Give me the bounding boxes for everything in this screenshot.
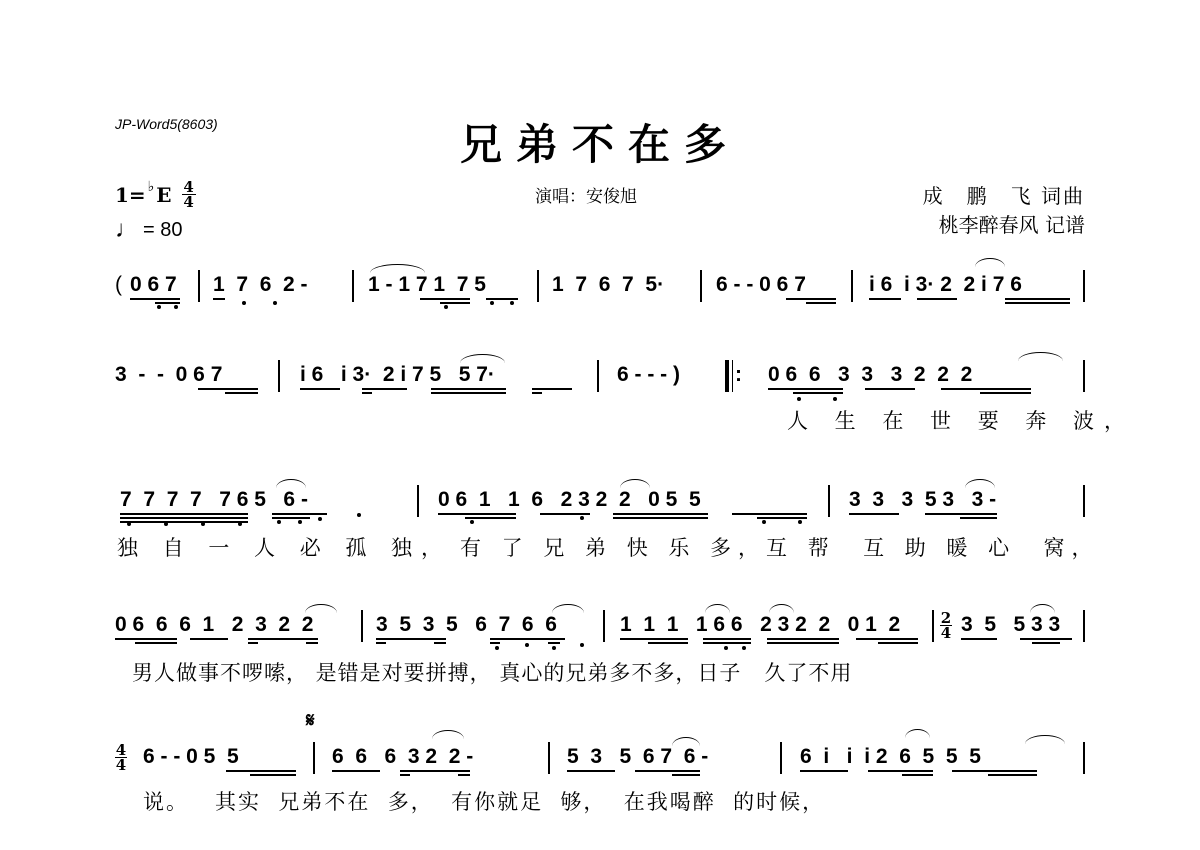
beam	[988, 774, 1037, 776]
bar-line	[1083, 270, 1085, 302]
beam	[540, 513, 590, 515]
beam	[272, 517, 310, 519]
bar-line	[828, 485, 830, 517]
low-octave-dot	[298, 520, 302, 524]
note-group: 1 7 6 7 5·	[552, 273, 664, 297]
bar-line	[1083, 742, 1085, 774]
bar-line	[198, 270, 200, 302]
time-top: 4	[116, 743, 126, 757]
lyrics-line: 人 生 在 世 要 奔 波，	[787, 405, 1135, 435]
beam	[648, 642, 688, 644]
beam	[120, 513, 248, 515]
repeat-start-barline	[725, 360, 729, 392]
beam	[115, 638, 177, 640]
beam	[902, 774, 933, 776]
beam	[613, 513, 708, 515]
low-octave-dot	[164, 522, 168, 526]
slur	[965, 479, 995, 488]
beam	[532, 388, 572, 390]
beam	[1020, 638, 1072, 640]
beam	[120, 517, 248, 519]
tempo-marking: ♩ = 80	[115, 216, 182, 244]
key-note: E	[156, 183, 171, 207]
slur	[975, 258, 1005, 267]
beam	[190, 638, 228, 640]
bar-line	[361, 610, 363, 642]
beam	[865, 388, 915, 390]
note-group: 5 3 5 6 7 6 -	[567, 745, 708, 769]
note-group: 1 - 1 7 1 7 5	[368, 273, 486, 297]
bar-line	[851, 270, 853, 302]
bar-line	[548, 742, 550, 774]
beam	[961, 638, 997, 640]
beam	[376, 638, 446, 640]
time-change-4-4: 4 4	[115, 743, 127, 772]
note-group: 6 i i i 2 6 5 5 5	[800, 745, 981, 769]
note-group: 3 5 5 3 3	[961, 613, 1060, 637]
low-octave-dot	[470, 520, 474, 524]
beam	[635, 770, 700, 772]
note-group: 6 - - - )	[617, 363, 680, 387]
beam	[878, 642, 918, 644]
note-group: i 6 i 3· 2 2 i 7 6	[869, 273, 1022, 297]
beam	[400, 770, 470, 772]
lyrics-line: 独 自 一 人 必 孤 独，	[117, 532, 451, 562]
beam	[786, 298, 836, 300]
beam	[800, 770, 848, 772]
note-group: 6 6 6 3 2 2 -	[332, 745, 473, 769]
beam	[420, 298, 470, 300]
repeat-dots: :	[735, 363, 742, 387]
beam	[135, 642, 177, 644]
segno-icon: 𝄋	[306, 710, 315, 733]
low-octave-dot	[174, 305, 178, 309]
low-octave-dot	[552, 646, 556, 650]
note-group: 6 - - 0 6 7	[716, 273, 806, 297]
time-change-2-4: 2 4	[940, 611, 952, 640]
beam	[465, 517, 516, 519]
tempo-value: = 80	[143, 219, 182, 242]
low-octave-dot	[201, 522, 205, 526]
bar-line	[932, 610, 934, 642]
note-group: 0 6 6 3 3 3 2 2 2	[768, 363, 972, 387]
slur	[905, 729, 930, 738]
key-prefix: 1=	[115, 183, 146, 207]
beam	[793, 392, 843, 394]
note-group: 1 7 6 2 -	[213, 273, 308, 297]
low-octave-dot	[798, 520, 802, 524]
note-group: 0 6 6 6 1 2 3 2 2	[115, 613, 313, 637]
slur	[705, 604, 730, 613]
low-octave-dot	[238, 522, 242, 526]
low-octave-dot	[242, 301, 246, 305]
beam	[703, 638, 751, 640]
song-title: 兄弟不在多	[0, 112, 1200, 172]
slur	[276, 479, 306, 488]
low-octave-dot	[357, 513, 361, 517]
beam	[438, 513, 516, 515]
low-octave-dot	[797, 397, 801, 401]
beam	[960, 517, 997, 519]
low-octave-dot	[833, 397, 837, 401]
beam	[548, 642, 560, 644]
note-group: 3 - - 0 6 7	[115, 363, 222, 387]
low-octave-dot	[273, 301, 277, 305]
beam	[767, 642, 839, 644]
slur	[305, 604, 337, 613]
beam	[1005, 298, 1070, 300]
slur	[1030, 604, 1055, 613]
beam	[532, 392, 542, 394]
bar-line	[780, 742, 782, 774]
beam	[332, 770, 380, 772]
beam	[1005, 302, 1070, 304]
beam	[869, 298, 901, 300]
beam	[490, 642, 500, 644]
note-group: 1 1 1 1 6 6 2 3 2 2 0 1 2	[620, 613, 900, 637]
low-octave-dot	[495, 646, 499, 650]
flat-icon: ♭	[148, 179, 155, 195]
time-signature: 4 4	[182, 180, 196, 209]
low-octave-dot	[510, 301, 514, 305]
beam	[272, 513, 327, 515]
beam	[980, 392, 1031, 394]
note-group: i 6 i 3· 2 i 7 5 5 7·	[300, 363, 495, 387]
paren-open: (	[115, 273, 122, 297]
beam	[225, 392, 258, 394]
bar-line	[1083, 485, 1085, 517]
low-octave-dot	[157, 305, 161, 309]
beam	[120, 521, 248, 523]
low-octave-dot	[127, 522, 131, 526]
beam	[376, 642, 386, 644]
low-octave-dot	[724, 646, 728, 650]
beam	[431, 388, 506, 390]
beam	[248, 642, 258, 644]
beam	[440, 302, 470, 304]
beam	[849, 513, 899, 515]
low-octave-dot	[762, 520, 766, 524]
low-octave-dot	[318, 517, 322, 521]
bar-line	[597, 360, 599, 392]
beam	[431, 392, 506, 394]
slur	[370, 264, 425, 273]
note-group: 7 7 7 7 7 6 5 6 -	[120, 488, 308, 512]
beam	[486, 298, 518, 300]
bar-line	[1083, 610, 1085, 642]
time-top: 4	[183, 180, 193, 194]
beam	[213, 298, 225, 300]
low-octave-dot	[580, 643, 584, 647]
low-octave-dot	[444, 305, 448, 309]
quarter-note-icon: ♩	[115, 216, 139, 244]
note-group: 0 6 1 1 6 2 3 2 2 0 5 5	[438, 488, 701, 512]
slur	[620, 479, 650, 488]
repeat-start-barline-thin	[732, 360, 733, 392]
beam	[490, 638, 565, 640]
beam	[198, 388, 258, 390]
beam	[757, 517, 807, 519]
time-bottom: 4	[941, 626, 951, 640]
beam	[155, 302, 180, 304]
transcriber-credit: 桃李醉春风 记谱	[939, 209, 1085, 238]
bar-line	[417, 485, 419, 517]
beam	[250, 774, 296, 776]
beam	[362, 392, 372, 394]
beam	[400, 774, 410, 776]
beam	[941, 388, 1031, 390]
note-group: 3 3 3 5 3 3 -	[849, 488, 996, 512]
slur	[552, 604, 584, 613]
beam	[130, 298, 180, 300]
time-bottom: 4	[183, 195, 193, 209]
slur	[769, 604, 794, 613]
beam	[672, 774, 700, 776]
beam	[362, 388, 407, 390]
beam	[458, 774, 470, 776]
beam	[1032, 642, 1060, 644]
low-octave-dot	[277, 520, 281, 524]
slur	[460, 354, 505, 363]
bar-line	[700, 270, 702, 302]
beam	[300, 388, 340, 390]
low-octave-dot	[580, 516, 584, 520]
singer-credit: 演唱：安俊旭	[535, 182, 637, 207]
low-octave-dot	[490, 301, 494, 305]
note-group: 6 - - 0 5 5	[143, 745, 239, 769]
beam	[306, 642, 318, 644]
lyrics-line: 男人做事不啰嗦， 是错是对要拼搏， 真心的兄弟多不多，日子 久了不用	[132, 657, 852, 687]
slur	[1025, 735, 1065, 744]
beam	[434, 642, 446, 644]
beam	[868, 770, 933, 772]
slur	[672, 737, 700, 746]
beam	[613, 517, 708, 519]
beam	[732, 513, 807, 515]
beam	[226, 770, 296, 772]
slur	[1018, 352, 1063, 361]
beam	[768, 388, 843, 390]
bar-line	[278, 360, 280, 392]
composer-credit: 成 鹏 飞 词曲	[923, 180, 1085, 209]
note-group: 3 5 3 5 6 7 6 6	[376, 613, 557, 637]
bar-line	[313, 742, 315, 774]
beam	[917, 298, 957, 300]
beam	[925, 513, 997, 515]
bar-line	[603, 610, 605, 642]
low-octave-dot	[742, 646, 746, 650]
beam	[952, 770, 1037, 772]
beam	[703, 642, 751, 644]
low-octave-dot	[525, 643, 529, 647]
bar-line	[1083, 360, 1085, 392]
slur	[432, 730, 464, 739]
note-group: 0 6 7	[130, 273, 177, 297]
lyrics-line: 有 了 兄 弟 快 乐 多，互 帮 互 助 暖 心 窝，	[460, 532, 1099, 562]
beam	[856, 638, 918, 640]
time-top: 2	[941, 611, 951, 625]
time-bottom: 4	[116, 758, 126, 772]
bar-line	[537, 270, 539, 302]
beam	[806, 302, 836, 304]
beam	[248, 638, 318, 640]
bar-line	[352, 270, 354, 302]
beam	[567, 770, 615, 772]
beam	[767, 638, 839, 640]
beam	[620, 638, 688, 640]
key-signature: 1= ♭ E 4 4	[115, 180, 196, 209]
lyrics-line: 说。 其实 兄弟不在 多， 有你就足 够， 在我喝醉 的时候，	[143, 786, 825, 816]
